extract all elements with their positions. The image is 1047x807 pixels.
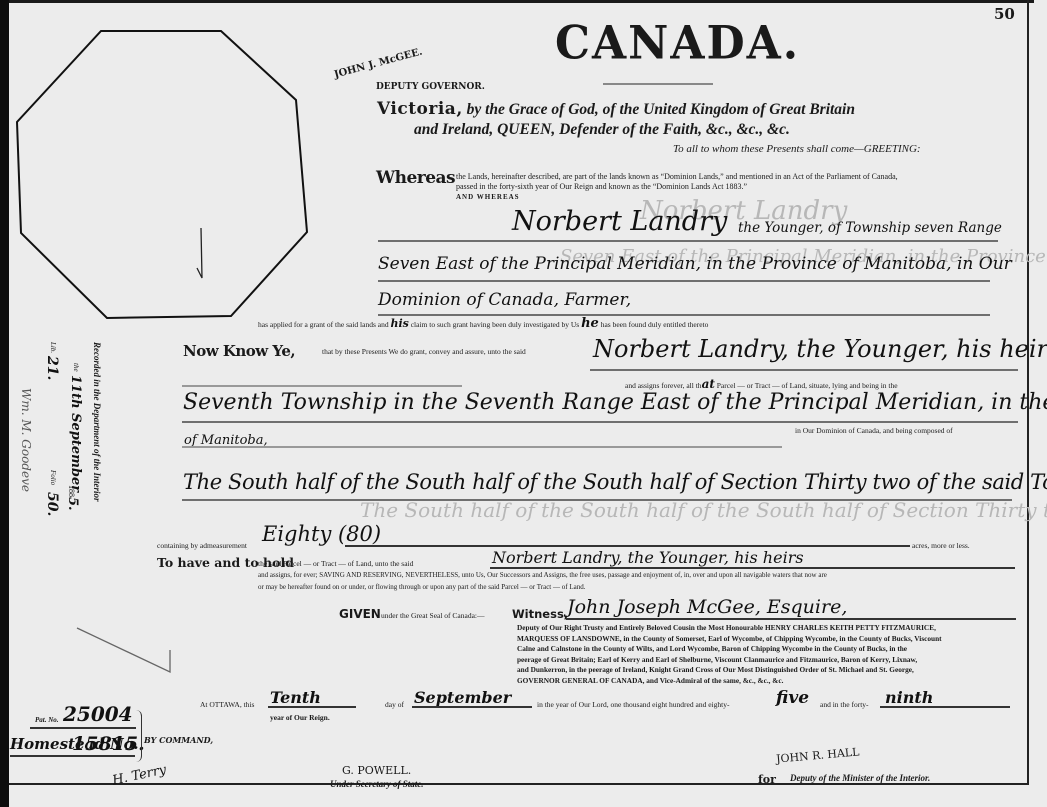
recording-stamp-folio-value: 50. — [44, 492, 60, 516]
dating-day-of: day of — [385, 700, 404, 710]
fill-line — [412, 706, 532, 708]
document-bottom-border — [9, 783, 1029, 785]
fill-line — [182, 499, 1012, 501]
fill-line — [30, 727, 136, 729]
dating-day: Tenth — [270, 688, 321, 707]
secretary-title: Under Secretary of State. — [330, 779, 424, 789]
dating-reign-suffix: year of Our Reign. — [270, 713, 330, 723]
dating-year-value: five — [776, 688, 809, 708]
applied-clause: has applied for a grant of the said land… — [258, 319, 708, 330]
deputy-minister-for: for — [758, 773, 776, 786]
governor-general-titles: Deputy of Our Right Trusty and Entirely … — [517, 623, 1017, 686]
dating-at-ottawa: At OTTAWA, this — [200, 700, 254, 710]
ledger-bracket — [135, 710, 142, 762]
given-heading: GIVEN — [339, 607, 381, 621]
recording-stamp-the: the — [72, 363, 80, 372]
deputy-minister-title: Deputy of the Minister of the Interior. — [790, 773, 930, 783]
fill-line — [590, 369, 1018, 371]
measurement-label: containing by admeasurement — [157, 541, 247, 551]
witness-label: Witness, — [512, 607, 568, 621]
know-ye-heading: Now Know Ye, — [183, 342, 295, 360]
fill-line — [345, 545, 910, 547]
fill-line — [268, 706, 356, 708]
recording-stamp-lib-value: 21. — [44, 356, 60, 380]
royal-style-line-2: and Ireland, QUEEN, Defender of the Fait… — [414, 121, 790, 139]
parcel-description: The South half of the South half of the … — [183, 470, 1047, 494]
deputy-governor-title: DEPUTY GOVERNOR. — [376, 82, 485, 92]
habendum-line-3: or may be hereafter found on or under, o… — [258, 582, 585, 592]
measurement-suffix: acres, more or less. — [912, 541, 970, 551]
grantee-name-know-ye: Norbert Landry, the Younger, his heirs — [593, 335, 1047, 363]
fill-line — [182, 421, 1018, 423]
given-text: under the Great Seal of Canada:— — [381, 611, 485, 621]
royal-style-line-1: Victoria, by the Grace of God, of the Un… — [377, 99, 855, 119]
octagon-seal-icon — [15, 28, 311, 322]
recording-stamp-date: 11th September — [68, 375, 83, 492]
grantee-name-habendum: Norbert Landry, the Younger, his heirs — [492, 548, 804, 567]
grantee-description-line-1: the Younger, of Township seven Range — [738, 220, 1002, 236]
patent-number-label: Pat. No. — [35, 716, 59, 724]
location-line-1: Seventh Township in the Seventh Range Ea… — [183, 390, 1047, 415]
bleed-through-text: The South half of the South half of the … — [360, 498, 1047, 522]
measurement-value: Eighty (80) — [262, 522, 381, 546]
scan-left-border — [0, 0, 9, 807]
fill-line — [490, 567, 1015, 569]
recording-clerk-signature: Wm. M. Goodeve — [19, 388, 33, 492]
patent-number: 25004 — [63, 702, 133, 726]
habendum-line-2: and assigns, for ever; SAVING AND RESERV… — [258, 570, 827, 580]
fill-line — [378, 240, 998, 242]
fill-line — [182, 385, 462, 387]
document-top-border — [9, 0, 1034, 3]
dating-month: September — [414, 688, 511, 707]
dating-reign-value: ninth — [885, 688, 933, 707]
document-title: CANADA. — [555, 17, 800, 71]
grantee-description-line-2: Seven East of the Principal Meridian, in… — [378, 254, 1012, 274]
fill-line — [880, 706, 1010, 708]
know-ye-text: that by these Presents We do grant, conv… — [322, 347, 526, 357]
grantee-name-handwritten: Norbert Landry — [512, 206, 727, 237]
deputy-governor-name: JOHN J. McGEE. — [333, 46, 424, 80]
page-number: 50 — [994, 5, 1015, 23]
grantee-description-line-3: Dominion of Canada, Farmer, — [378, 290, 631, 310]
victoria-word: Victoria, — [377, 99, 463, 119]
homestead-number: 15815. — [72, 733, 145, 755]
fill-line — [566, 618, 1016, 620]
recording-stamp-text: Recorded in the Department of the Interi… — [92, 342, 102, 502]
greeting: To all to whom these Presents shall come… — [673, 143, 921, 155]
habendum-text: the said Parcel — or Tract — of Land, un… — [258, 559, 413, 569]
dominion-text: in Our Dominion of Canada, and being com… — [795, 426, 953, 436]
recording-stamp-year: 1885. — [65, 485, 80, 511]
by-command: BY COMMAND, — [144, 735, 213, 745]
witness-name-handwritten: John Joseph McGee, Esquire, — [567, 596, 847, 618]
secretary-name: G. POWELL. — [342, 764, 411, 777]
fill-line — [378, 314, 990, 316]
title-rule — [603, 83, 713, 85]
dating-year-text: in the year of Our Lord, one thousand ei… — [537, 700, 729, 710]
recording-stamp-folio-label: Folio — [49, 470, 57, 485]
whereas-text: the Lands, hereinafter described, are pa… — [456, 172, 1011, 192]
deputy-minister-name: JOHN R. HALL — [776, 745, 860, 765]
recording-stamp-lib-label: Lib. — [49, 342, 57, 353]
whereas-heading: Whereas — [376, 168, 455, 188]
fill-line — [378, 280, 990, 282]
fill-line — [10, 755, 135, 757]
fill-line — [182, 446, 782, 448]
pen-stroke-mark — [75, 620, 175, 680]
dating-reign-text: and in the forty- — [820, 700, 869, 710]
and-whereas: AND WHEREAS — [456, 193, 520, 201]
